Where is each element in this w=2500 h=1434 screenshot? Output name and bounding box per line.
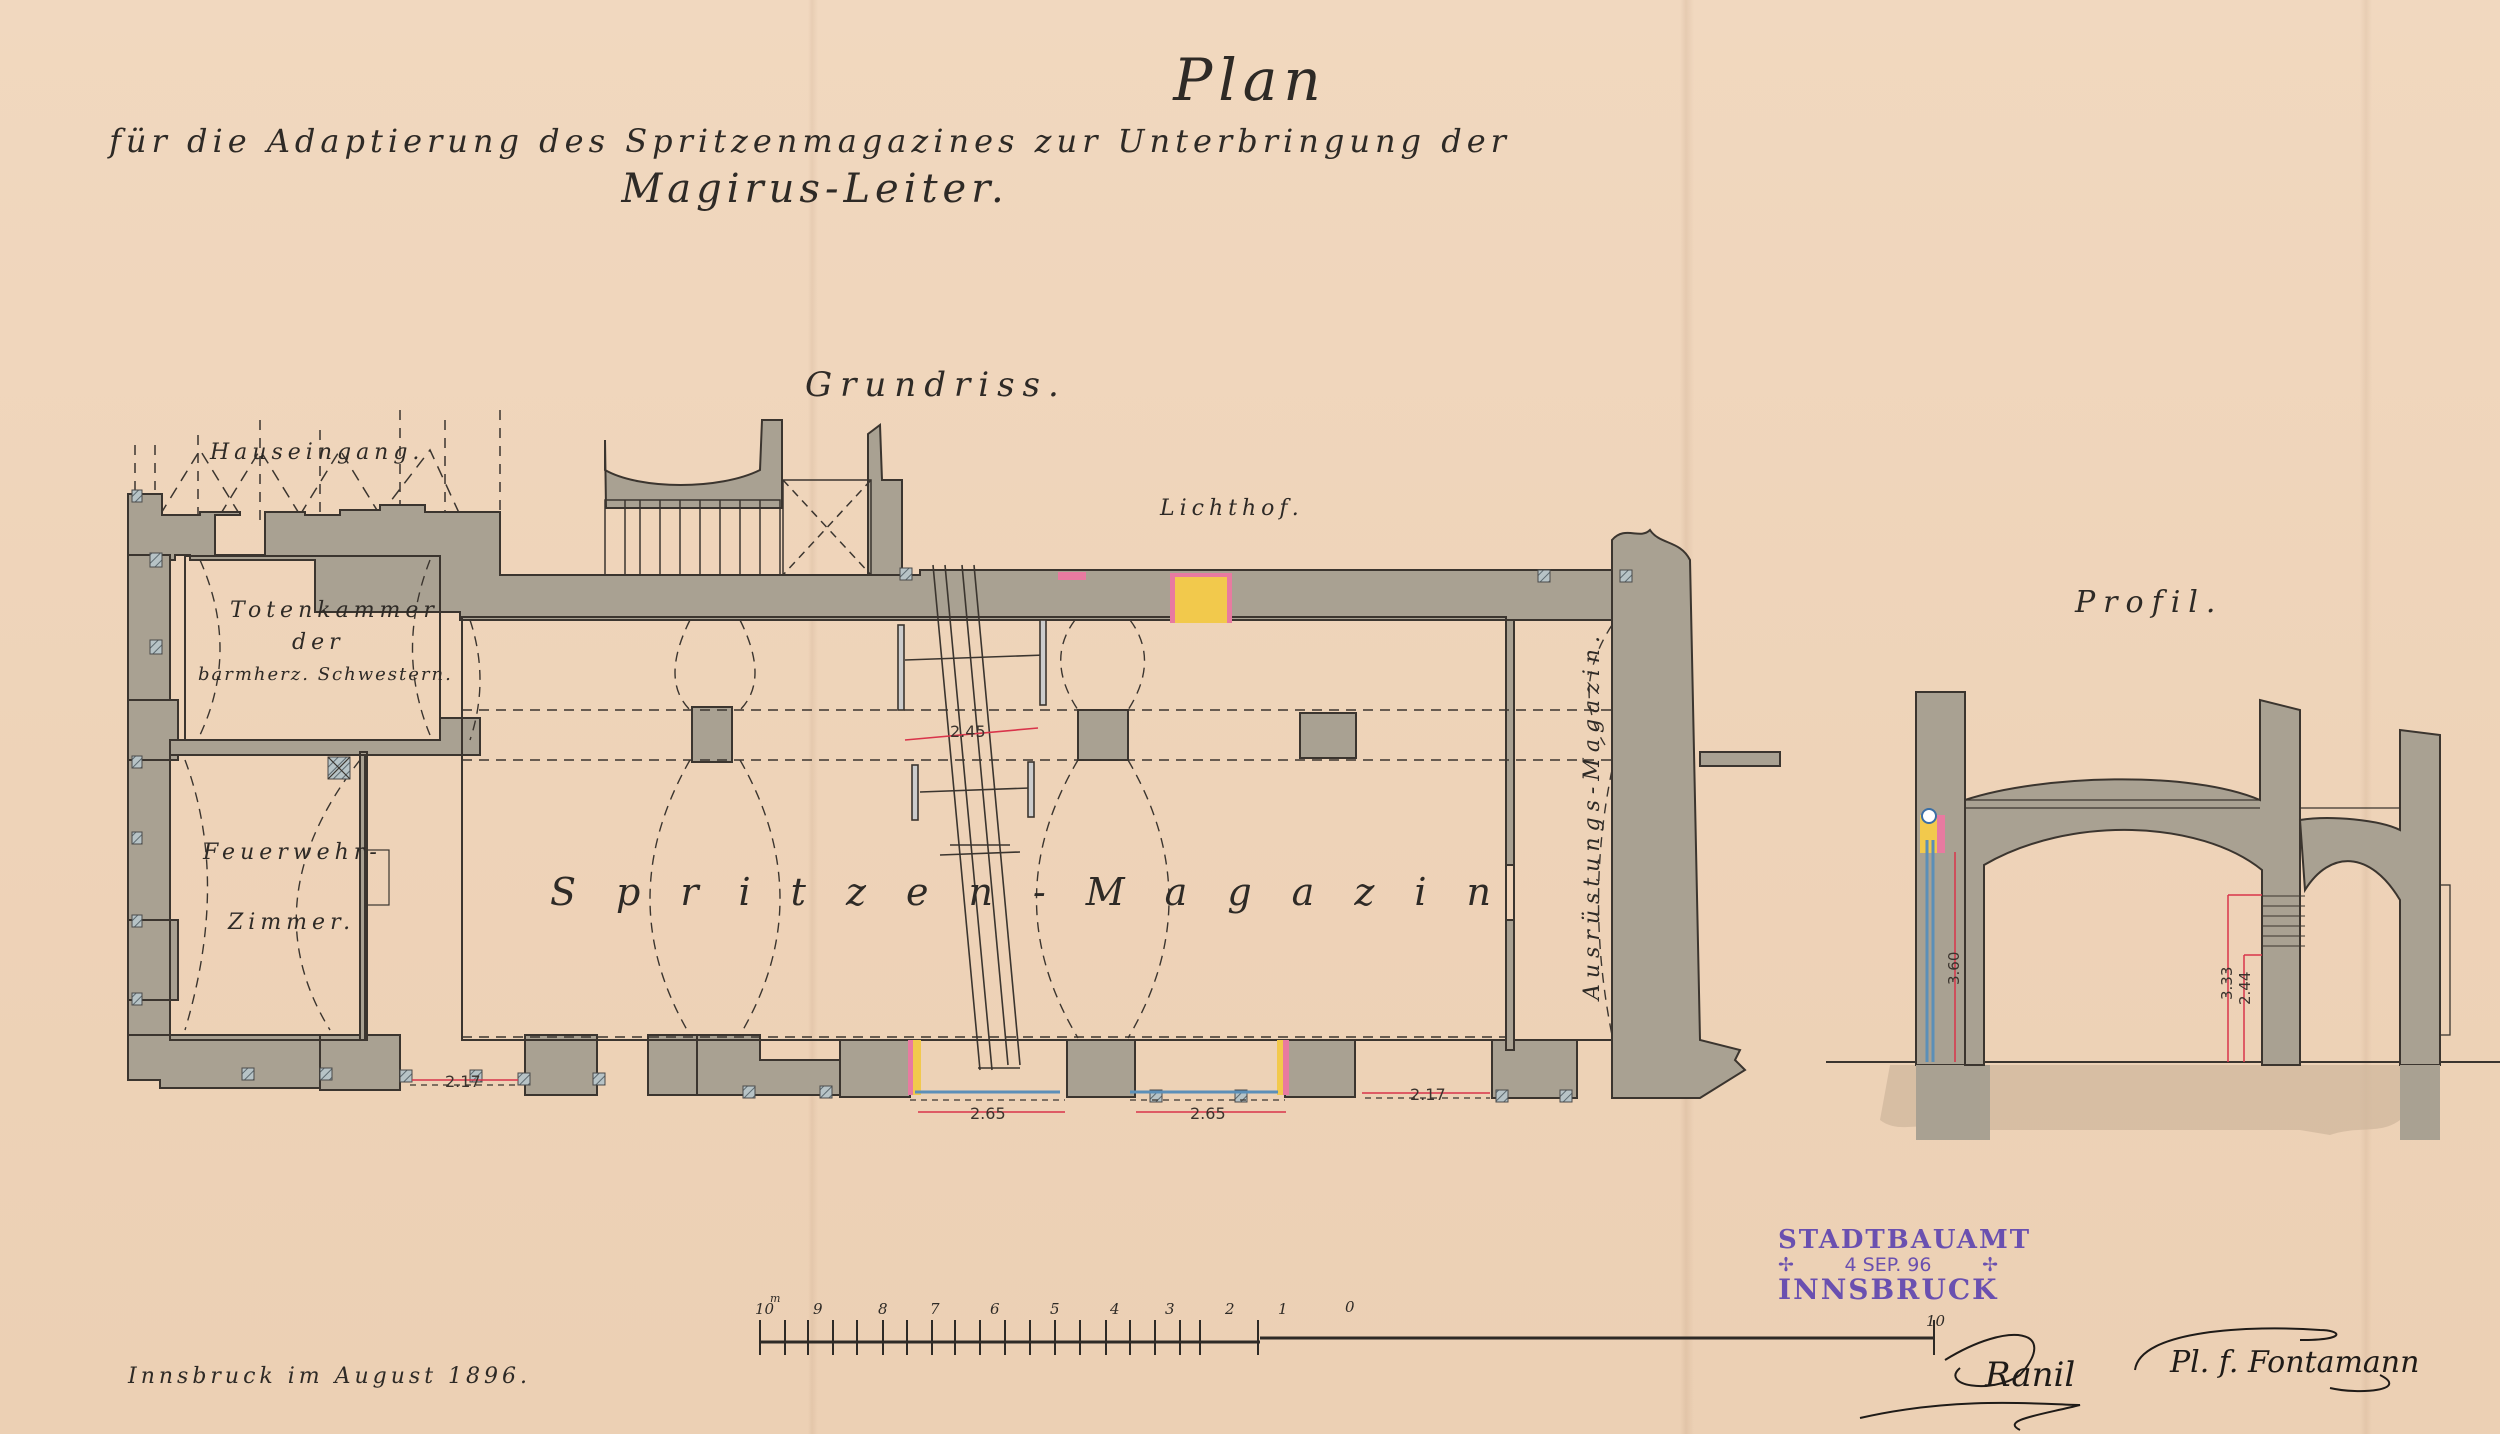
room-label-mortuary-line3: barmherz. Schwestern. xyxy=(198,664,453,685)
document-title: Plan xyxy=(0,46,2500,114)
ground-plan xyxy=(128,410,1780,1112)
room-label-mortuary-line1: Totenkammer xyxy=(230,598,439,623)
plan-drawing xyxy=(0,0,2500,1434)
magirus-ladder xyxy=(898,565,1046,1070)
dimension-lower-height: 2.44 xyxy=(2236,972,2254,1005)
scale-bar xyxy=(760,1320,1935,1355)
stamp-line1: STADTBAUAMT xyxy=(1778,1226,1998,1255)
dimension-door-height: 3.60 xyxy=(1945,952,1963,985)
scale-tick-6: 6 xyxy=(990,1300,1000,1318)
scale-tick-1: 1 xyxy=(1278,1300,1288,1318)
room-label-engine-store: Spritzen-Magazin xyxy=(550,870,1531,914)
room-label-equipment-store: Ausrüstungs-Magazin. xyxy=(1580,630,1605,1000)
scale-tick-0: 0 xyxy=(1345,1298,1355,1316)
signature-right: Pl. f. Fontamann xyxy=(2170,1345,2419,1380)
scale-tick-3: 3 xyxy=(1165,1300,1175,1318)
document-subtitle-line1: für die Adaptierung des Spritzenmagazine… xyxy=(0,122,1620,160)
stamp-line3: INNSBRUCK xyxy=(1778,1275,1998,1306)
profile-section xyxy=(1826,692,2500,1140)
dimension-ladder-width: 2.45 xyxy=(950,722,986,741)
scale-tick-7: 7 xyxy=(930,1300,940,1318)
city-building-office-stamp: STADTBAUAMT ✢ 4 SEP. 96 ✢ INNSBRUCK xyxy=(1778,1226,1998,1306)
scale-tick-8: 8 xyxy=(878,1300,888,1318)
place-date: Innsbruck im August 1896. xyxy=(128,1364,531,1389)
architectural-plan-sheet: Plan für die Adaptierung des Spritzenmag… xyxy=(0,0,2500,1434)
scale-tick-2: 2 xyxy=(1225,1300,1235,1318)
dimension-door-left: 2.65 xyxy=(970,1104,1006,1123)
dimension-window-left: 2.17 xyxy=(445,1072,481,1091)
scale-tick-5: 5 xyxy=(1050,1300,1060,1318)
ground-plan-label: Grundriss. xyxy=(805,365,1067,405)
scale-tick-9: 9 xyxy=(813,1300,823,1318)
room-label-courtyard: Lichthof. xyxy=(1160,496,1304,521)
dimension-arch-height: 3.33 xyxy=(2218,967,2236,1000)
signature-left: Ranil xyxy=(1985,1355,2075,1395)
dimension-door-right: 2.65 xyxy=(1190,1104,1226,1123)
room-label-fire-room-line2: Zimmer. xyxy=(228,910,355,935)
room-label-mortuary-line2: der xyxy=(292,630,345,655)
room-label-fire-room-line1: Feuerwehr- xyxy=(203,840,382,865)
stamp-date: 4 SEP. 96 xyxy=(1845,1255,1932,1276)
profile-label: Profil. xyxy=(2075,585,2223,620)
stamp-ornament-left-icon: ✢ xyxy=(1778,1255,1794,1276)
scale-tick-4: 4 xyxy=(1110,1300,1120,1318)
scale-unit: m xyxy=(770,1292,780,1305)
dimension-window-right: 2.17 xyxy=(1410,1085,1446,1104)
scale-tick-10-right: 10 xyxy=(1926,1312,1945,1330)
document-subtitle-line2: Magirus-Leiter. xyxy=(0,166,1630,212)
room-label-entrance: Hauseingang. xyxy=(210,440,424,465)
stamp-ornament-right-icon: ✢ xyxy=(1982,1255,1998,1276)
